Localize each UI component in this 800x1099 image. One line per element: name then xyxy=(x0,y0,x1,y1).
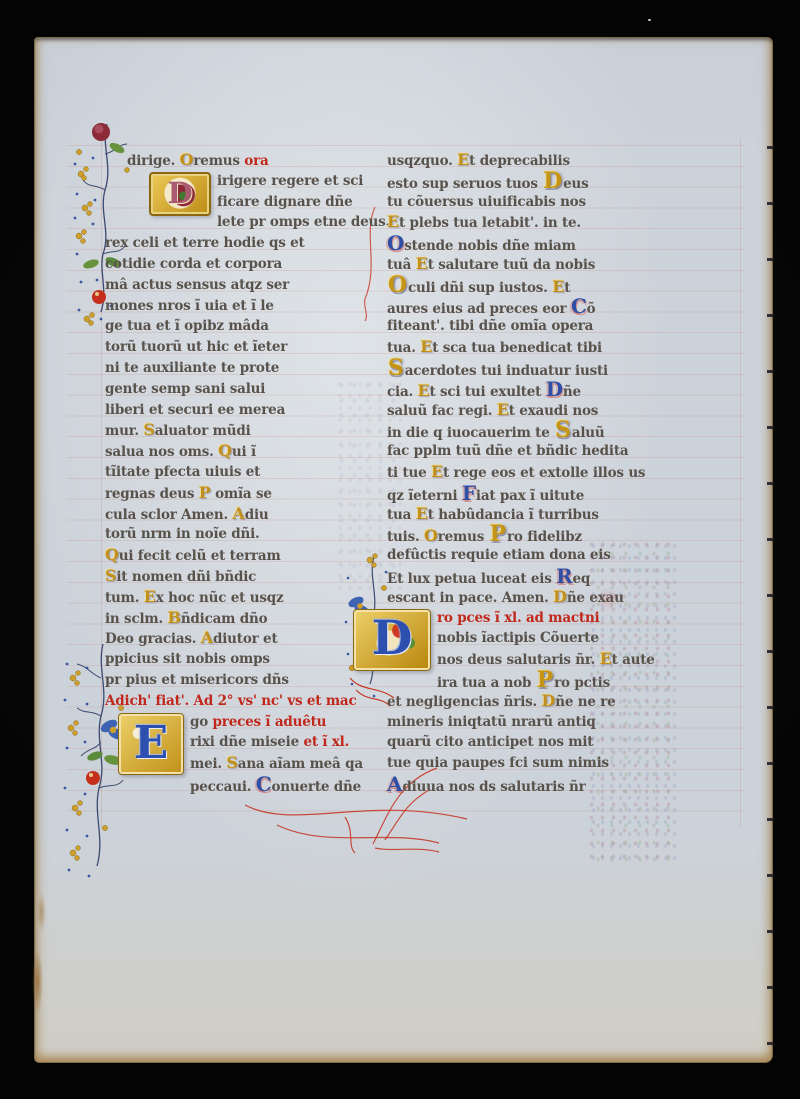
body-text: ti tue xyxy=(387,465,431,481)
gold-versal-initial: D xyxy=(542,691,556,710)
body-text: lete pr omps etne deus. xyxy=(217,214,390,230)
body-text: diu xyxy=(245,507,269,523)
body-text: t sci tui exultet xyxy=(430,384,546,400)
gold-versal-initial-large: P xyxy=(489,521,507,547)
body-text: diutor et xyxy=(213,631,277,647)
body-text: escant in pace. Amen. xyxy=(387,590,553,606)
text-line: ppicius sit nobis omps xyxy=(105,649,345,670)
text-line: Oculi dñi sup iustos. Et xyxy=(387,275,677,296)
text-line: aures eius ad preces eor Cõ xyxy=(387,296,677,317)
rubric-text: ro pces ĩ xl. ad mactni xyxy=(437,610,600,626)
body-text: dirige. xyxy=(127,153,180,169)
body-text: tua. xyxy=(387,340,420,356)
body-text: eus xyxy=(563,176,588,192)
body-text: pr pius et misericors dñs xyxy=(105,672,289,688)
photograph-background: dirige. Oremus oraDirigere regere et sci… xyxy=(0,0,800,1099)
text-line: tua Et habûdancia ĩ turribus xyxy=(387,504,677,525)
blue-versal-initial: C xyxy=(571,294,587,318)
rubric-text: ora xyxy=(244,153,268,169)
gold-versal-initial: E xyxy=(418,381,430,400)
manuscript-leaf: dirige. Oremus oraDirigere regere et sci… xyxy=(34,37,773,1063)
text-line: liberi et securi ee merea xyxy=(105,400,345,421)
gold-versal-initial: E xyxy=(552,277,564,296)
body-text: quarũ cito anticipet nos mit xyxy=(387,734,593,750)
gold-versal-initial: E xyxy=(600,649,612,668)
body-text: liberi et securi ee merea xyxy=(105,402,285,418)
text-line: cula sclor Amen. Adiu xyxy=(105,504,345,525)
body-text: aluator mũdi xyxy=(155,423,251,439)
edge-stain xyxy=(37,892,46,932)
text-line: Sacerdotes tui induatur iusti xyxy=(387,358,677,379)
illuminated-initial-d-large: D xyxy=(353,609,431,671)
gold-versal-initial: O xyxy=(424,526,438,545)
body-text: t aute xyxy=(612,652,655,668)
text-line: et negligencias ñris. Dñe ne re xyxy=(387,691,677,712)
text-line: mâ actus sensus atqz ser xyxy=(105,275,345,296)
body-text: fiteant'. tibi dñe omĩa opera xyxy=(387,318,593,334)
body-text: t exaudi nos xyxy=(509,403,598,419)
body-text: Deo gracias. xyxy=(105,631,201,647)
text-line: fiteant'. tibi dñe omĩa opera xyxy=(387,316,677,337)
body-text: aures eius ad preces eor xyxy=(387,301,571,317)
text-line: tua. Et sca tua benedicat tibi xyxy=(387,337,677,358)
body-text: rixi dñe miseie xyxy=(190,734,303,750)
text-line: fac pplm tuũ dñe et bñdic hedita xyxy=(387,441,677,462)
body-text: saluũ fac regi. xyxy=(387,403,497,419)
text-line: mur. Saluator mũdi xyxy=(105,420,345,441)
body-text: cotidie corda et corpora xyxy=(105,256,282,272)
illuminated-initial-d: D xyxy=(149,172,211,216)
body-text: iat pax ĩ uitute xyxy=(476,488,584,504)
text-line: mones nros ĩ uia et ĩ le xyxy=(105,296,345,317)
vertical-ruling-left xyxy=(101,138,102,828)
body-text: gente semp sani salui xyxy=(105,381,265,397)
body-text: ira tua a nob xyxy=(437,675,536,691)
body-text: mur. xyxy=(105,423,143,439)
text-line: ira tua a nob Pro pctis xyxy=(387,670,677,691)
text-line: torũ tuorũ ut hic et ĩeter xyxy=(105,337,345,358)
text-line: ni te auxiliante te prote xyxy=(105,358,345,379)
body-text: irigere regere et sci xyxy=(217,173,363,189)
body-text: esto sup seruos tuos xyxy=(387,176,542,192)
body-text: omĩa se xyxy=(211,486,272,502)
gold-versal-initial: Q xyxy=(218,441,232,460)
text-line: mineris iniqtatũ nrarũ antiq xyxy=(387,712,677,733)
text-line: qz ĩeterni Fiat pax ĩ uitute xyxy=(387,483,677,504)
gold-versal-initial: S xyxy=(226,753,237,772)
body-text: ro fidelibz xyxy=(507,529,582,545)
body-text: mâ actus sensus atqz ser xyxy=(105,277,289,293)
body-text: Et lux petua luceat eis xyxy=(387,571,556,587)
blue-versal-initial: O xyxy=(387,231,404,255)
body-text: t plebs tua letabit'. in te. xyxy=(399,215,581,231)
text-line: salua nos oms. Qui ĩ xyxy=(105,441,345,462)
body-text: tuâ xyxy=(387,257,416,273)
body-text: t rege eos et extolle illos us xyxy=(443,465,645,481)
text-line: ti tue Et rege eos et extolle illos us xyxy=(387,462,677,483)
text-line: tu cõuersus uiuificabis nos xyxy=(387,192,677,213)
text-line: Qui fecit celũ et terram xyxy=(105,545,345,566)
text-line: tuâ Et salutare tuũ da nobis xyxy=(387,254,677,275)
gold-versal-initial: E xyxy=(457,150,469,169)
text-column-right: usqzquo. Et deprecabilisesto sup seruos … xyxy=(387,150,677,795)
body-text: t sca tua benedicat tibi xyxy=(432,340,602,356)
body-text: tuis. xyxy=(387,529,424,545)
body-text: cula sclor Amen. xyxy=(105,507,233,523)
text-line: defûctis requie etiam dona eis xyxy=(387,545,677,566)
body-text: õ xyxy=(587,301,596,317)
blue-versal-initial: C xyxy=(256,772,272,796)
gold-versal-initial-large: S xyxy=(387,355,405,381)
body-text: ñe exau xyxy=(567,590,624,606)
gold-versal-initial: E xyxy=(497,400,509,419)
text-line: Dirigere regere et sci xyxy=(105,171,345,192)
body-text: remus xyxy=(193,153,244,169)
body-text: mineris iniqtatũ nrarũ antiq xyxy=(387,714,596,730)
gold-versal-initial: A xyxy=(233,504,245,523)
body-text: ge tua et ĩ opibz mâda xyxy=(105,318,269,334)
body-text: qz ĩeterni xyxy=(387,488,462,504)
text-line: ficare dignare dñe xyxy=(105,192,345,213)
text-line: tuis. Oremus Pro fidelibz xyxy=(387,524,677,545)
body-text: x hoc nũc et usqz xyxy=(156,590,284,606)
text-line: Sit nomen dñi bñdic xyxy=(105,566,345,587)
text-line: Et lux petua luceat eis Req xyxy=(387,566,677,587)
body-text: nobis ĩactipis Cõuerte xyxy=(437,630,599,646)
body-text: t salutare tuũ da nobis xyxy=(428,257,595,273)
text-line: quarũ cito anticipet nos mit xyxy=(387,732,677,753)
body-text: in die q iuocauerim te xyxy=(387,425,554,441)
text-line: usqzquo. Et deprecabilis xyxy=(387,150,677,171)
text-line: tum. Ex hoc nũc et usqz xyxy=(105,587,345,608)
text-line: Dro pces ĩ xl. ad mactni xyxy=(387,608,677,629)
gold-versal-initial: Q xyxy=(105,545,119,564)
body-text: acerdotes tui induatur iusti xyxy=(405,363,608,379)
text-line: regnas deus P omĩa se xyxy=(105,483,345,504)
body-text: it nomen dñi bñdic xyxy=(116,569,256,585)
text-line: tĩitate pfecta uiuis et xyxy=(105,462,345,483)
text-line: peccaui. Conuerte dñe xyxy=(105,774,345,795)
body-text: diuua nos ds salutaris ñr xyxy=(402,779,585,795)
gold-versal-initial: S xyxy=(105,566,116,585)
body-text: regnas deus xyxy=(105,486,199,502)
blue-versal-initial: F xyxy=(462,481,476,505)
text-line: gente semp sani salui xyxy=(105,379,345,400)
text-line: saluũ fac regi. Et exaudi nos xyxy=(387,400,677,421)
body-text: ui fecit celũ et terram xyxy=(119,548,281,564)
body-text: ñe ne re xyxy=(555,694,615,710)
blue-versal-initial: A xyxy=(387,772,402,796)
text-line: dirige. Oremus ora xyxy=(105,150,345,171)
gold-versal-initial: B xyxy=(167,608,180,627)
text-line: Adich' fiat'. Ad 2° vs' nc' vs et mac xyxy=(105,691,345,712)
illuminated-initial-e: E xyxy=(118,713,184,775)
body-text: ficare dignare dñe xyxy=(217,194,353,210)
body-text: onuerte dñe xyxy=(271,779,361,795)
vertical-ruling-right xyxy=(740,138,741,828)
text-line: Ego preces ĩ aduêtu xyxy=(105,712,345,733)
body-text: torũ nrm in noĩe dñi. xyxy=(105,526,260,542)
text-line: cia. Et sci tui exultet Dñe xyxy=(387,379,677,400)
text-line: in sclm. Bñdicam dño xyxy=(105,608,345,629)
sewing-holes-right-edge xyxy=(767,146,774,1046)
body-text: usqzquo. xyxy=(387,153,457,169)
body-text: mei. xyxy=(190,756,226,772)
gold-versal-initial: E xyxy=(387,212,399,231)
body-text: ñe xyxy=(563,384,581,400)
gold-versal-initial: A xyxy=(201,628,213,647)
body-text: ro pctis xyxy=(554,675,610,691)
body-text: in sclm. xyxy=(105,611,167,627)
rubric-text: et ĩ xl. xyxy=(303,734,349,750)
gold-versal-initial: O xyxy=(180,150,194,169)
text-line: Et plebs tua letabit'. in te. xyxy=(387,212,677,233)
body-text: peccaui. xyxy=(190,779,256,795)
body-text: mones nros ĩ uia et ĩ le xyxy=(105,298,274,314)
blue-versal-initial: D xyxy=(546,377,563,401)
body-text: nos deus salutaris ñr. xyxy=(437,652,600,668)
body-text: tua xyxy=(387,507,416,523)
text-line: tue quia paupes fci sum nimis xyxy=(387,753,677,774)
text-line: esto sup seruos tuos Deus xyxy=(387,171,677,192)
blue-versal-initial: R xyxy=(556,564,572,588)
body-text: tum. xyxy=(105,590,144,606)
gold-versal-initial: E xyxy=(416,504,428,523)
text-line: torũ nrm in noĩe dñi. xyxy=(105,524,345,545)
gold-versal-initial-large: S xyxy=(554,417,572,443)
gold-versal-initial: E xyxy=(416,254,428,273)
gold-versal-initial-large: P xyxy=(536,667,554,693)
text-column-left: dirige. Oremus oraDirigere regere et sci… xyxy=(105,150,345,795)
body-text: go xyxy=(190,714,213,730)
body-text: cia. xyxy=(387,384,418,400)
body-text: et negligencias ñris. xyxy=(387,694,542,710)
rubric-text: Adich' fiat'. Ad 2° vs' nc' vs et mac xyxy=(105,693,357,709)
body-text: culi dñi sup iustos. xyxy=(408,280,552,296)
text-line: ge tua et ĩ opibz mâda xyxy=(105,316,345,337)
body-text: t xyxy=(564,280,570,296)
dust-speck xyxy=(648,19,651,21)
text-line: Adiuua nos ds salutaris ñr xyxy=(387,774,677,795)
text-line: escant in pace. Amen. Dñe exau xyxy=(387,587,677,608)
body-text: tĩitate pfecta uiuis et xyxy=(105,464,260,480)
text-line: rex celi et terre hodie qs et xyxy=(105,233,345,254)
edge-stain xyxy=(32,950,43,1014)
text-line: lete pr omps etne deus. xyxy=(105,212,345,233)
gold-versal-initial: E xyxy=(420,337,432,356)
text-line: cotidie corda et corpora xyxy=(105,254,345,275)
body-text: ui ĩ xyxy=(232,444,256,460)
body-text: remus xyxy=(438,529,489,545)
body-text: torũ tuorũ ut hic et ĩeter xyxy=(105,339,287,355)
body-text: t deprecabilis xyxy=(469,153,570,169)
gold-versal-initial-large: D xyxy=(542,168,563,194)
body-text: salua nos oms. xyxy=(105,444,218,460)
gold-versal-initial: S xyxy=(143,420,154,439)
body-text: ana aĩam meâ qa xyxy=(238,756,363,772)
body-text: defûctis requie etiam dona eis xyxy=(387,547,611,563)
body-text: stende nobis dñe miam xyxy=(404,238,575,254)
gold-versal-initial: P xyxy=(199,483,211,502)
text-line: pr pius et misericors dñs xyxy=(105,670,345,691)
body-text: ppicius sit nobis omps xyxy=(105,651,270,667)
body-text: ni te auxiliante te prote xyxy=(105,360,279,376)
rubric-text: preces ĩ aduêtu xyxy=(213,714,327,730)
text-line: in die q iuocauerim te Saluũ xyxy=(387,420,677,441)
body-text: tue quia paupes fci sum nimis xyxy=(387,755,609,771)
gold-versal-initial: E xyxy=(144,587,156,606)
body-text: fac pplm tuũ dñe et bñdic hedita xyxy=(387,443,628,459)
body-text: aluũ xyxy=(572,425,605,441)
gold-versal-initial: D xyxy=(553,587,567,606)
body-text: tu cõuersus uiuificabis nos xyxy=(387,194,586,210)
body-text: t habûdancia ĩ turribus xyxy=(428,507,599,523)
body-text: rex celi et terre hodie qs et xyxy=(105,235,305,251)
text-line: Deo gracias. Adiutor et xyxy=(105,628,345,649)
body-text: eq xyxy=(573,571,591,587)
text-line: Ostende nobis dñe miam xyxy=(387,233,677,254)
gold-versal-initial: E xyxy=(431,462,443,481)
body-text: ñdicam dño xyxy=(181,611,268,627)
gold-versal-initial-large: O xyxy=(387,272,408,298)
